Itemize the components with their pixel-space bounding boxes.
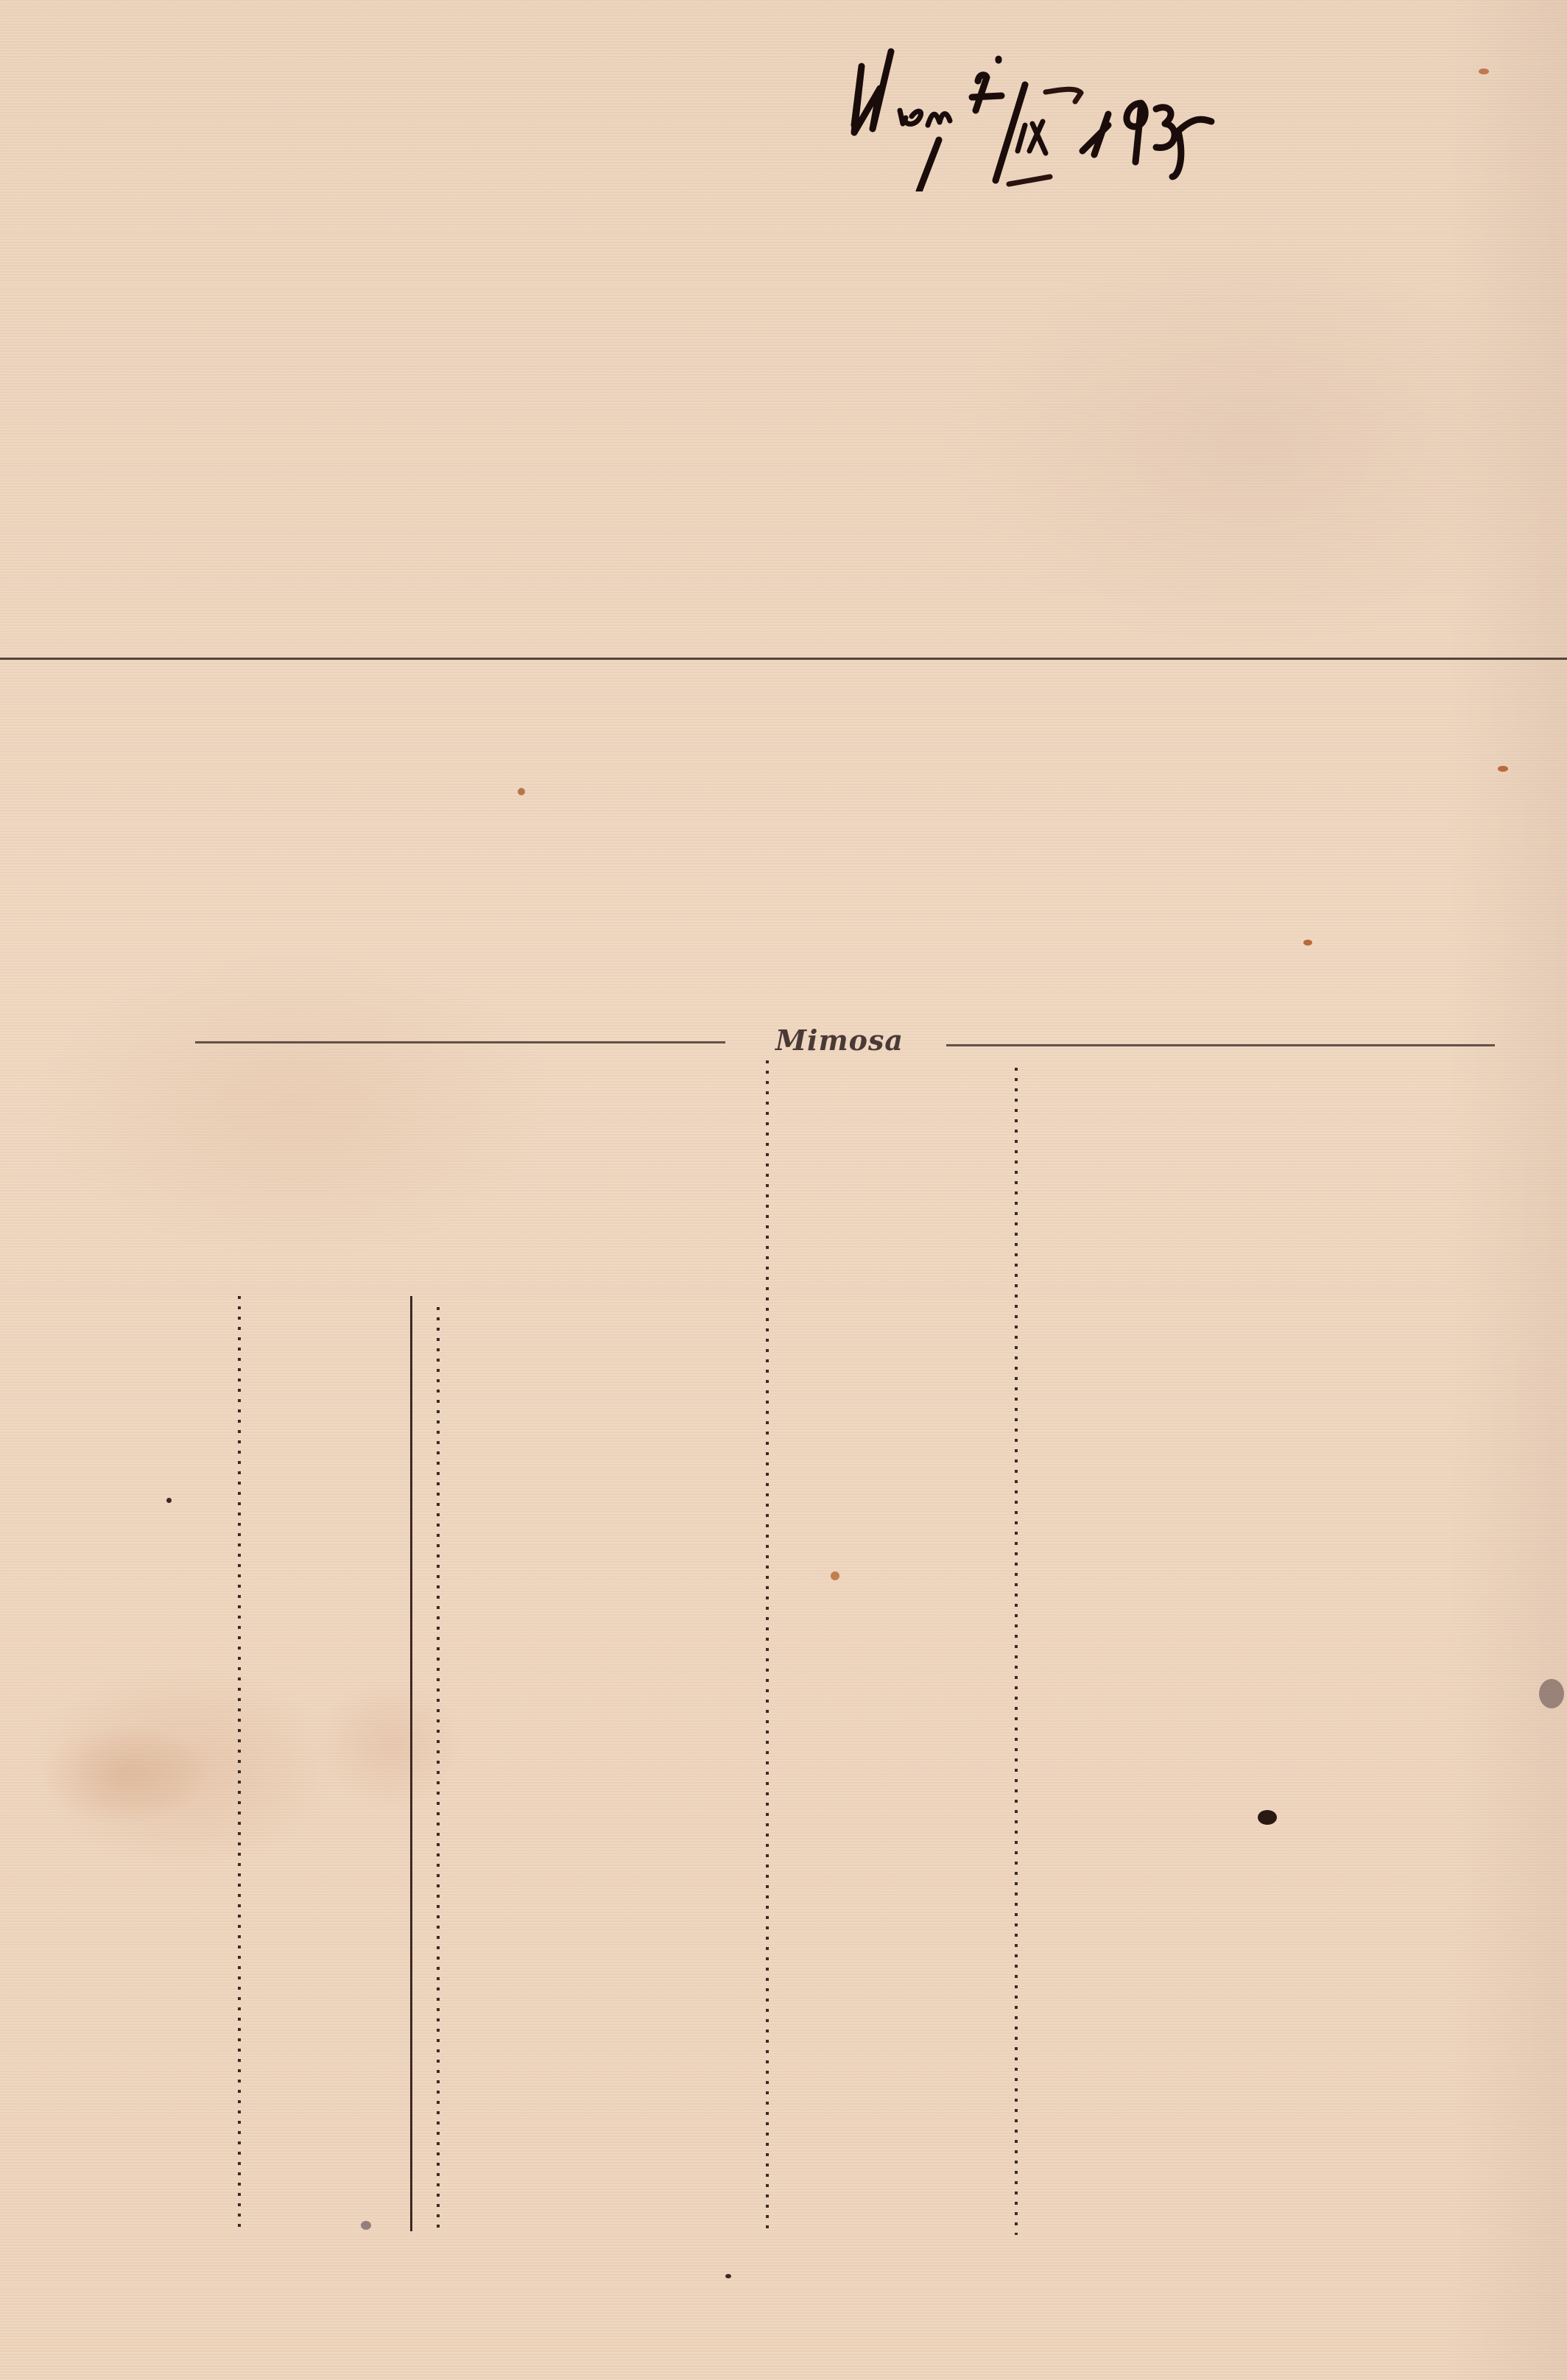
dotted-column-line-4 bbox=[1015, 1068, 1018, 2235]
publisher-mark: Mimosa bbox=[773, 1022, 906, 1059]
ink-speck bbox=[1258, 1810, 1277, 1825]
dotted-column-line-2 bbox=[437, 1307, 440, 2231]
ink-speck bbox=[1539, 1679, 1564, 1708]
ink-speck bbox=[1303, 940, 1312, 946]
ink-speck bbox=[361, 2221, 371, 2230]
ink-speck bbox=[518, 788, 525, 795]
foxing-stain bbox=[44, 1723, 206, 1826]
foxing-stain bbox=[317, 1679, 464, 1812]
header-rule-right bbox=[946, 1044, 1495, 1046]
handwriting-strokes bbox=[832, 44, 1539, 191]
paper-edge-shading bbox=[1449, 0, 1567, 2380]
header-rule-left bbox=[195, 1041, 725, 1043]
ink-speck bbox=[831, 1571, 839, 1580]
solid-column-line bbox=[410, 1296, 412, 2231]
postcard-back: Wien, 7/IX 1935 Mimosa bbox=[0, 0, 1567, 2380]
horizontal-divider-line bbox=[0, 658, 1567, 660]
handwritten-date: Wien, 7/IX 1935 bbox=[832, 44, 1539, 191]
ink-speck bbox=[166, 1498, 172, 1503]
dotted-column-line-3 bbox=[766, 1060, 769, 2231]
ink-speck bbox=[725, 2274, 731, 2278]
dotted-column-line-1 bbox=[238, 1296, 241, 2231]
ink-speck bbox=[1498, 766, 1508, 772]
